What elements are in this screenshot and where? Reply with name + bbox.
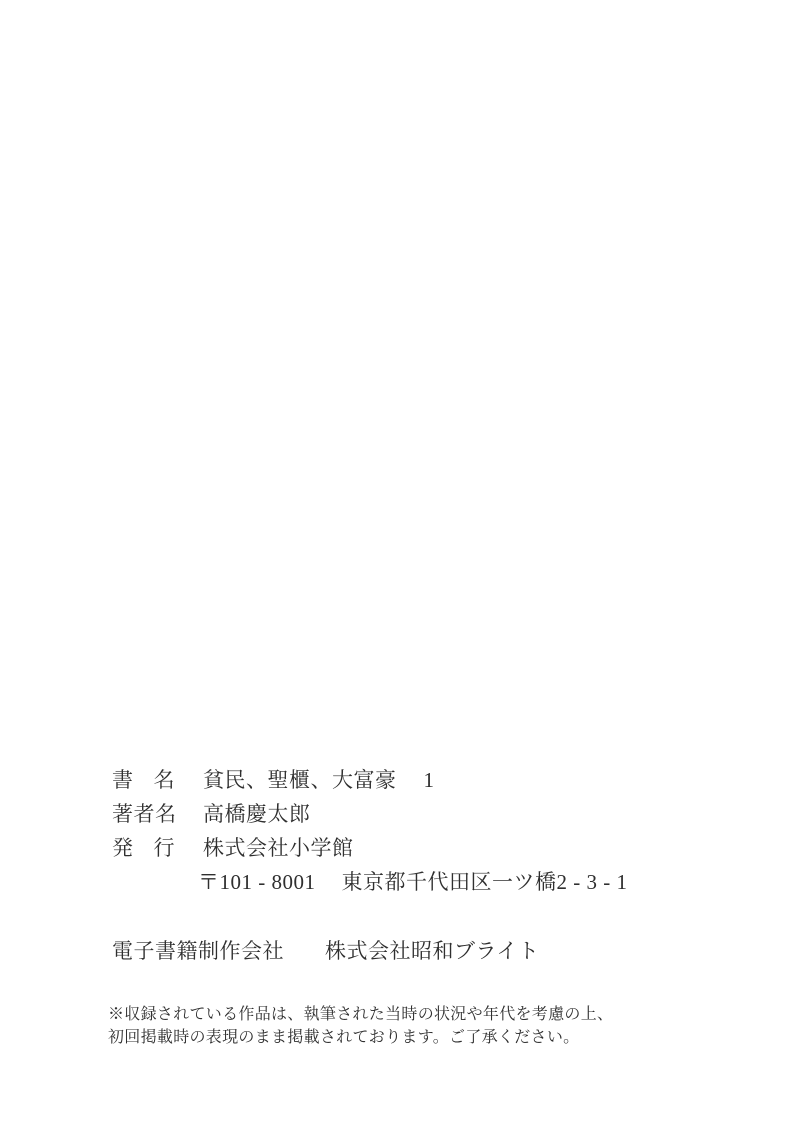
disclaimer-note-line1: ※収録されている作品は、執筆された当時の状況や年代を考慮の上、: [108, 1003, 628, 1026]
author-label: 著者名: [112, 797, 175, 831]
volume-number: 1: [424, 768, 435, 792]
production-row: 電子書籍制作会社 株式会社昭和ブライト: [112, 934, 628, 968]
colophon-page: 書名 貧民、聖櫃、大富豪1 著者名 高橋慶太郎 発行 株式会社小学館 〒101 …: [0, 0, 800, 1143]
colophon-block: 書名 貧民、聖櫃、大富豪1 著者名 高橋慶太郎 発行 株式会社小学館 〒101 …: [112, 763, 628, 1049]
author-name: 高橋慶太郎: [203, 797, 311, 831]
author-row: 著者名 高橋慶太郎: [112, 797, 628, 831]
disclaimer-note: ※収録されている作品は、執筆された当時の状況や年代を考慮の上、 初回掲載時の表現…: [108, 1003, 628, 1049]
disclaimer-note-line2: 初回掲載時の表現のまま掲載されております。ご了承ください。: [108, 1026, 628, 1049]
production-label: 電子書籍制作会社: [112, 934, 284, 968]
postal-code: 〒101 - 8001: [198, 865, 316, 899]
publisher-label: 発行: [112, 831, 175, 865]
publisher-address: 東京都千代田区一ツ橋2 - 3 - 1: [342, 865, 628, 899]
production-company: 株式会社昭和ブライト: [325, 934, 539, 968]
book-title-row: 書名 貧民、聖櫃、大富豪1: [112, 763, 628, 797]
publisher-row: 発行 株式会社小学館: [112, 831, 628, 865]
book-title-label: 書名: [112, 763, 175, 797]
book-title-text: 貧民、聖櫃、大富豪: [203, 768, 397, 792]
book-title-value: 貧民、聖櫃、大富豪1: [203, 763, 435, 797]
publisher-address-row: 〒101 - 8001 東京都千代田区一ツ橋2 - 3 - 1: [112, 865, 628, 899]
publisher-name: 株式会社小学館: [203, 831, 354, 865]
